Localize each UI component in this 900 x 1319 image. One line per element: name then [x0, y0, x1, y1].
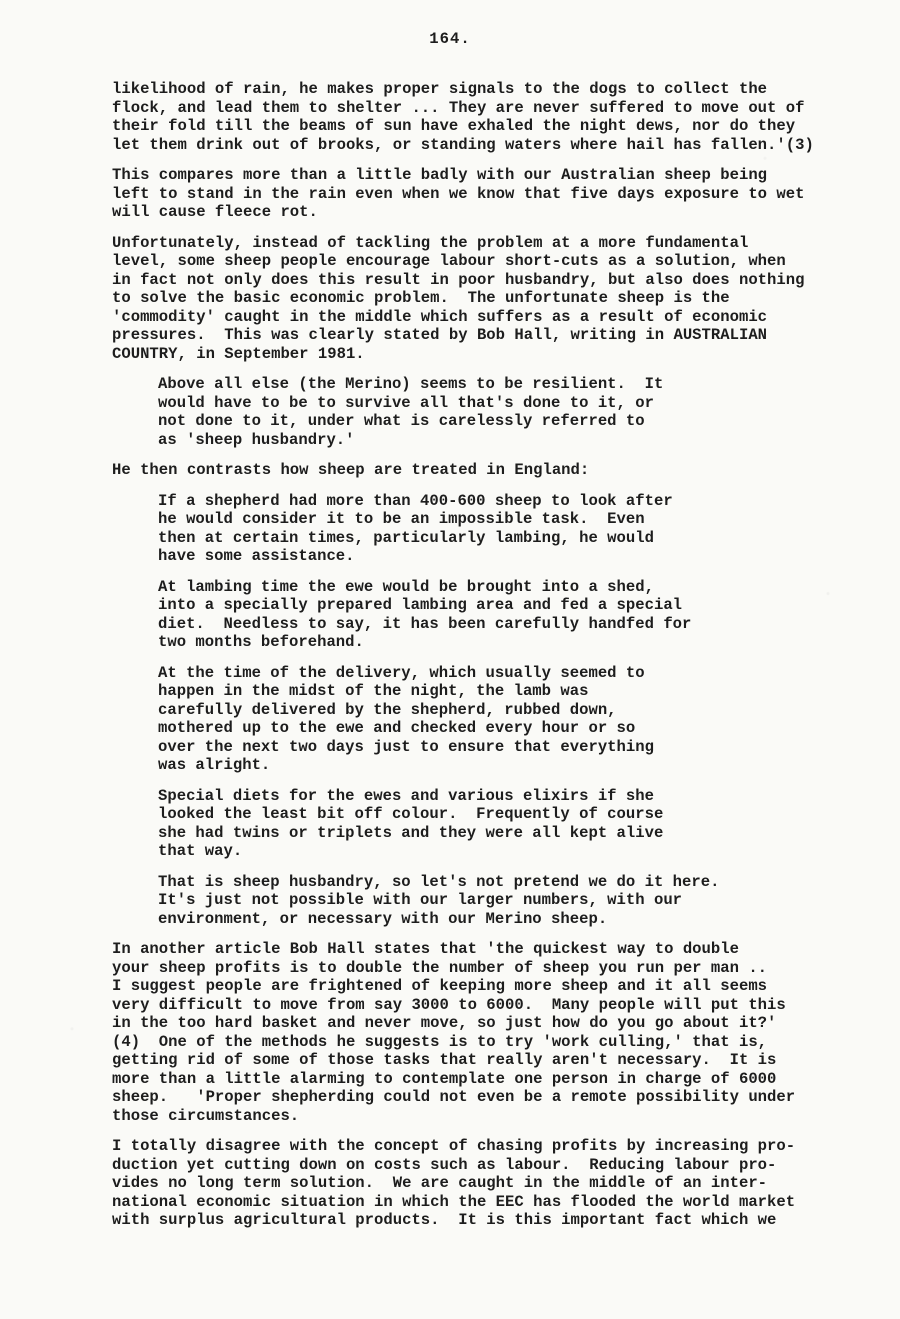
block-quote: Special diets for the ewes and various e…	[112, 787, 852, 861]
paragraph: Unfortunately, instead of tackling the p…	[112, 234, 852, 364]
block-quote: At lambing time the ewe would be brought…	[112, 578, 852, 652]
scanned-document-page: 164. likelihood of rain, he makes proper…	[0, 0, 900, 1319]
page-number: 164.	[0, 30, 900, 49]
paragraph: I totally disagree with the concept of c…	[112, 1137, 852, 1230]
block-quote: At the time of the delivery, which usual…	[112, 664, 852, 775]
paragraph: This compares more than a little badly w…	[112, 166, 852, 222]
block-quote: If a shepherd had more than 400-600 shee…	[112, 492, 852, 566]
paragraph-continued: likelihood of rain, he makes proper sign…	[112, 80, 852, 154]
paragraph: He then contrasts how sheep are treated …	[112, 461, 852, 480]
paragraph: In another article Bob Hall states that …	[112, 940, 852, 1125]
block-quote: Above all else (the Merino) seems to be …	[112, 375, 852, 449]
page-body: likelihood of rain, he makes proper sign…	[112, 80, 852, 1242]
block-quote: That is sheep husbandry, so let's not pr…	[112, 873, 852, 929]
